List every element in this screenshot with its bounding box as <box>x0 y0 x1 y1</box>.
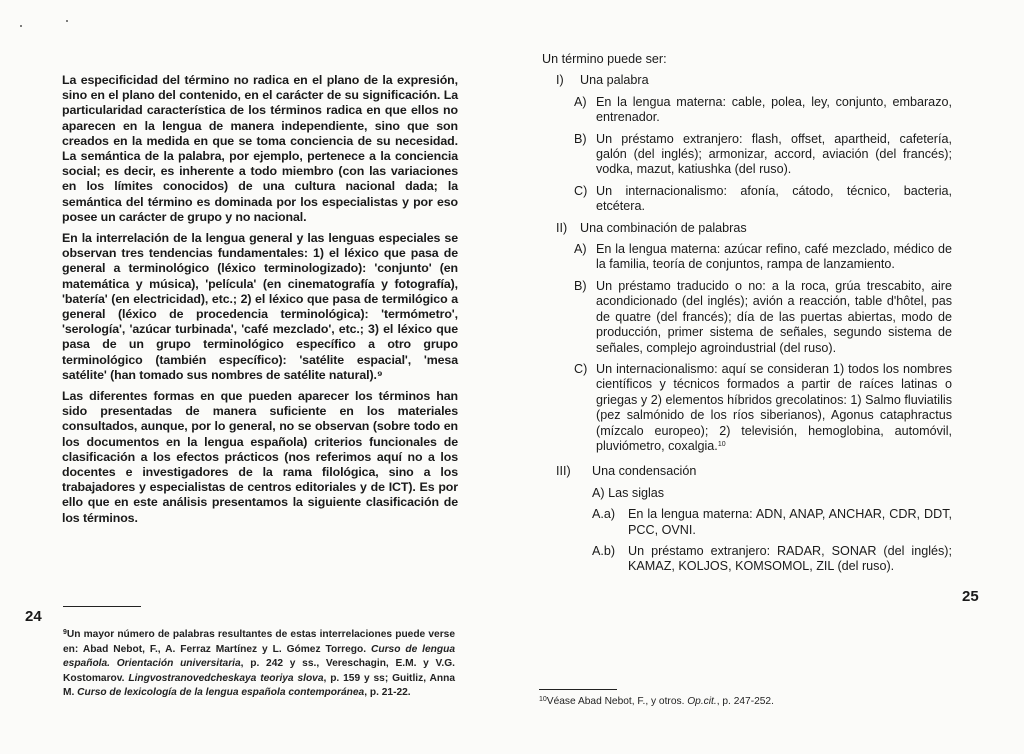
list-item: A)En la lengua materna: cable, polea, le… <box>574 95 952 126</box>
footnote-marker: 9 <box>63 629 67 636</box>
footnote-rule <box>63 606 141 607</box>
list-item: B)Un préstamo traducido o no: a la roca,… <box>574 279 952 356</box>
list-item: A)En la lengua materna: azúcar refino, c… <box>574 242 952 273</box>
sub-heading: A) Las siglas <box>592 486 952 501</box>
footnote-rule <box>539 689 617 690</box>
section-heading: I) Una palabra <box>556 73 952 88</box>
citation-title: Lingvostranovedcheskaya teoriya slova <box>128 673 323 684</box>
scan-speck <box>66 20 68 22</box>
footnote-ref: 10 <box>718 441 726 448</box>
list-item: C)Un internacionalismo: aquí se consider… <box>574 362 952 454</box>
right-page: Un término puede ser: I) Una palabra A)E… <box>512 0 1024 754</box>
scan-speck <box>20 25 22 27</box>
paragraph: Las diferentes formas en que pueden apar… <box>62 389 458 526</box>
footnote: 10Véase Abad Nebot, F., y otros. Op.cit.… <box>539 695 939 710</box>
intro-line: Un término puede ser: <box>542 52 952 67</box>
footnote: 9Un mayor número de palabras resultantes… <box>63 628 455 701</box>
list-item: B)Un préstamo extranjero: flash, offset,… <box>574 132 952 178</box>
citation-title: Op.cit. <box>687 696 716 707</box>
list-item: C)Un internacionalismo: afonía, cátodo, … <box>574 184 952 215</box>
paragraph: La especificidad del término no radica e… <box>62 73 458 225</box>
classification-list: Un término puede ser: I) Una palabra A)E… <box>542 52 952 581</box>
list-item: A.a)En la lengua materna: ADN, ANAP, ANC… <box>592 507 952 538</box>
page-number: 24 <box>25 608 42 625</box>
paragraph: En la interrelación de la lengua general… <box>62 231 458 383</box>
footnote-marker: 10 <box>539 696 547 703</box>
section-heading: III) Una condensación <box>556 464 952 479</box>
page-number: 25 <box>962 588 979 605</box>
left-page: La especificidad del término no radica e… <box>0 0 512 754</box>
citation-title: Curso de lexicología de la lengua españo… <box>77 687 364 698</box>
section-heading: II) Una combinación de palabras <box>556 221 952 236</box>
list-item: A.b)Un préstamo extranjero: RADAR, SONAR… <box>592 544 952 575</box>
body-text: La especificidad del término no radica e… <box>62 73 458 532</box>
